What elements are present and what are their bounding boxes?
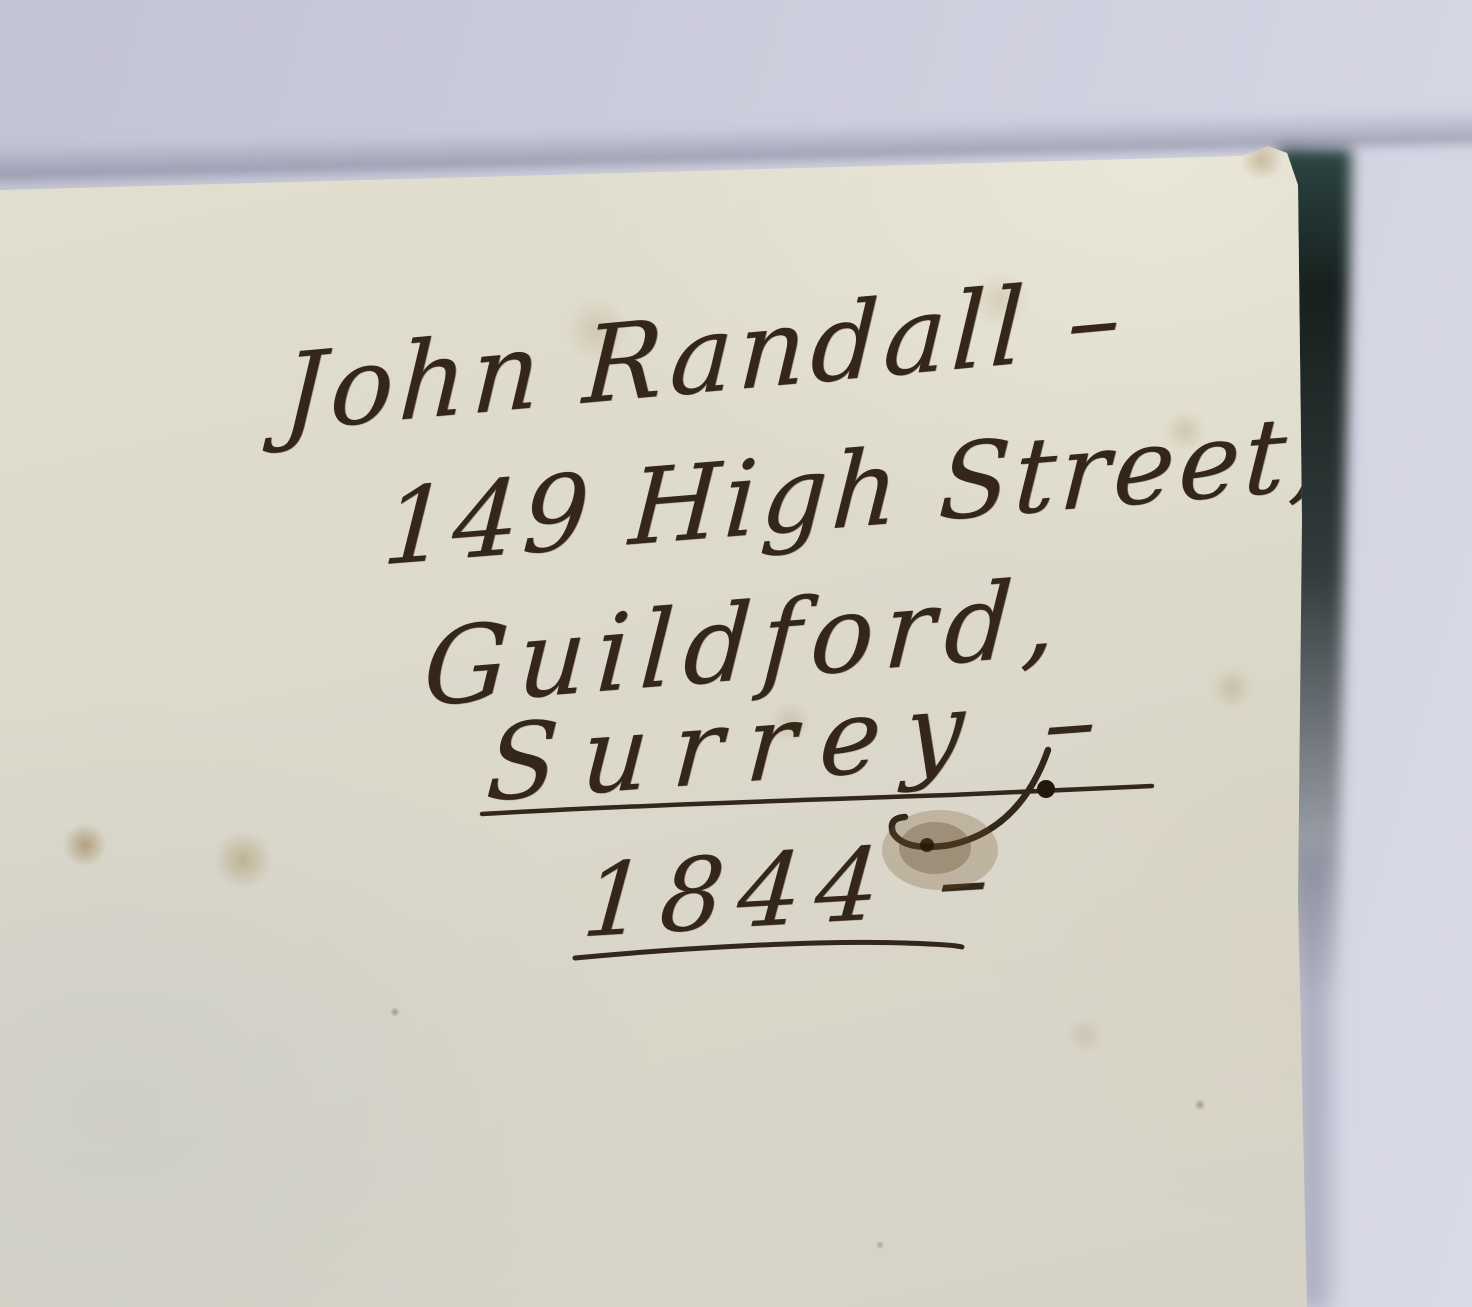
- ink-blot: [1037, 780, 1055, 798]
- ink-strokes: [0, 0, 1472, 1307]
- photo-of-book-page: John Randall – 149 High Street, Guildfor…: [0, 0, 1472, 1307]
- ink-stain: [899, 822, 971, 874]
- year-underline: [575, 942, 962, 958]
- ink-blot-small: [920, 838, 934, 852]
- book-page: John Randall – 149 High Street, Guildfor…: [0, 0, 1472, 1307]
